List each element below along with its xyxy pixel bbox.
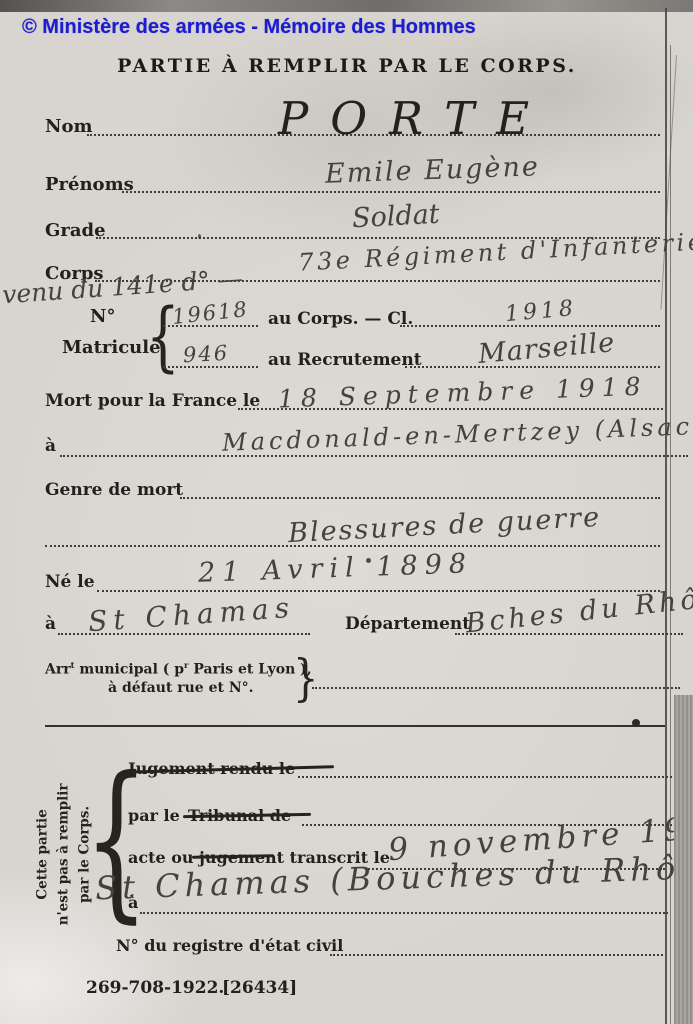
mort-a-value: Macdonald-en-Mertzey (Alsace) — [222, 411, 693, 457]
au-recrutement-label: au Recrutement — [268, 350, 422, 370]
au-corps-label: au Corps. — Cl. — [268, 309, 413, 329]
mort-le-label: Mort pour la France le — [45, 391, 260, 411]
recrutement-number: 946 — [182, 341, 229, 367]
grade-value: Soldat — [351, 199, 440, 235]
ne-a-value: St Chamas — [87, 591, 296, 638]
page-edge-line — [670, 45, 671, 1024]
ne-a-label: à — [45, 614, 56, 634]
ne-le-value: 21 Avril 1898 — [198, 548, 474, 589]
dotted-line — [163, 366, 258, 368]
footer-reference: 269-708-1922. — [86, 978, 224, 998]
arr-text: Arr — [45, 662, 71, 678]
arrondissement-brace: } — [293, 653, 318, 703]
arrondissement-label-line1: Arrt municipal ( pr Paris et Lyon ), — [45, 660, 312, 678]
page-edge-band — [674, 695, 693, 1024]
side-caption-line: Cette partie — [33, 769, 54, 939]
genre-mort-value: Blessures de guerre — [287, 502, 601, 549]
departement-value: Bches du Rhône — [464, 580, 693, 640]
dotted-line — [97, 590, 660, 592]
footer-bracket: [26434] — [222, 978, 297, 998]
side-caption-line: n'est pas à remplir — [54, 769, 75, 939]
section-divider — [45, 725, 665, 727]
corps-value: 73e Régiment d'Infanterie — [298, 227, 693, 276]
dotted-line — [400, 325, 660, 327]
ne-le-label: Né le — [45, 572, 95, 592]
nom-value: PORTE — [278, 92, 551, 145]
dotted-line — [312, 687, 680, 689]
dotted-line — [122, 191, 660, 193]
dotted-line — [60, 455, 688, 457]
ink-speck — [198, 234, 201, 239]
prenoms-label: Prénoms — [45, 174, 134, 195]
dotted-line — [330, 954, 663, 956]
dotted-line — [298, 776, 676, 778]
page-edge-line — [665, 8, 667, 1024]
arrondissement-label-line2: à défaut rue et N°. — [108, 680, 254, 696]
classe-value: 1918 — [504, 296, 578, 327]
copyright-watermark: © Ministère des armées - Mémoire des Hom… — [22, 16, 476, 39]
page-edge-diagonal — [660, 55, 677, 310]
mort-a-label: à — [45, 436, 56, 456]
form-title: PARTIE À REMPLIR PAR LE CORPS. — [97, 55, 597, 77]
nom-label: Nom — [45, 116, 93, 137]
registre-label: N° du registre d'état civil — [116, 936, 343, 955]
departement-label: Département — [345, 614, 470, 634]
par-le-label: par le — [128, 806, 180, 825]
recrutement-value: Marseille — [477, 327, 617, 370]
prenoms-value: Emile Eugène — [325, 151, 541, 189]
document-scan: © Ministère des armées - Mémoire des Hom… — [0, 0, 693, 1024]
genre-mort-label: Genre de mort — [45, 480, 183, 500]
dotted-line — [180, 497, 660, 499]
dotted-line — [405, 366, 660, 368]
ink-speck — [366, 558, 371, 563]
transcrit-label-prefix: acte ou — [128, 848, 199, 867]
arr-text: municipal ( p — [75, 662, 185, 678]
scan-top-bar — [0, 0, 693, 12]
dotted-line — [140, 912, 668, 914]
matricule-no-label: N° — [90, 306, 115, 327]
ink-speck — [632, 719, 640, 727]
